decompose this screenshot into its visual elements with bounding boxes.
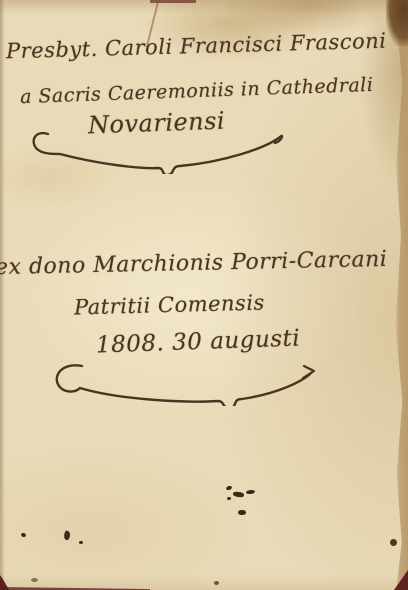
manuscript-scan: Presbyt. Caroli Francisci Frasconi a Sac… <box>0 0 408 590</box>
inscription-bottom-line2: Patritii Comensis <box>74 291 265 320</box>
edge-stain <box>386 0 408 46</box>
flourish-swash-top <box>28 128 298 174</box>
ink-speck <box>79 541 83 544</box>
ink-speck <box>390 539 397 546</box>
flourish-swash-bottom <box>48 358 326 406</box>
ink-speck <box>214 581 219 585</box>
ink-speck <box>227 497 231 500</box>
ink-speck <box>238 510 246 515</box>
ink-smudge <box>31 578 38 582</box>
